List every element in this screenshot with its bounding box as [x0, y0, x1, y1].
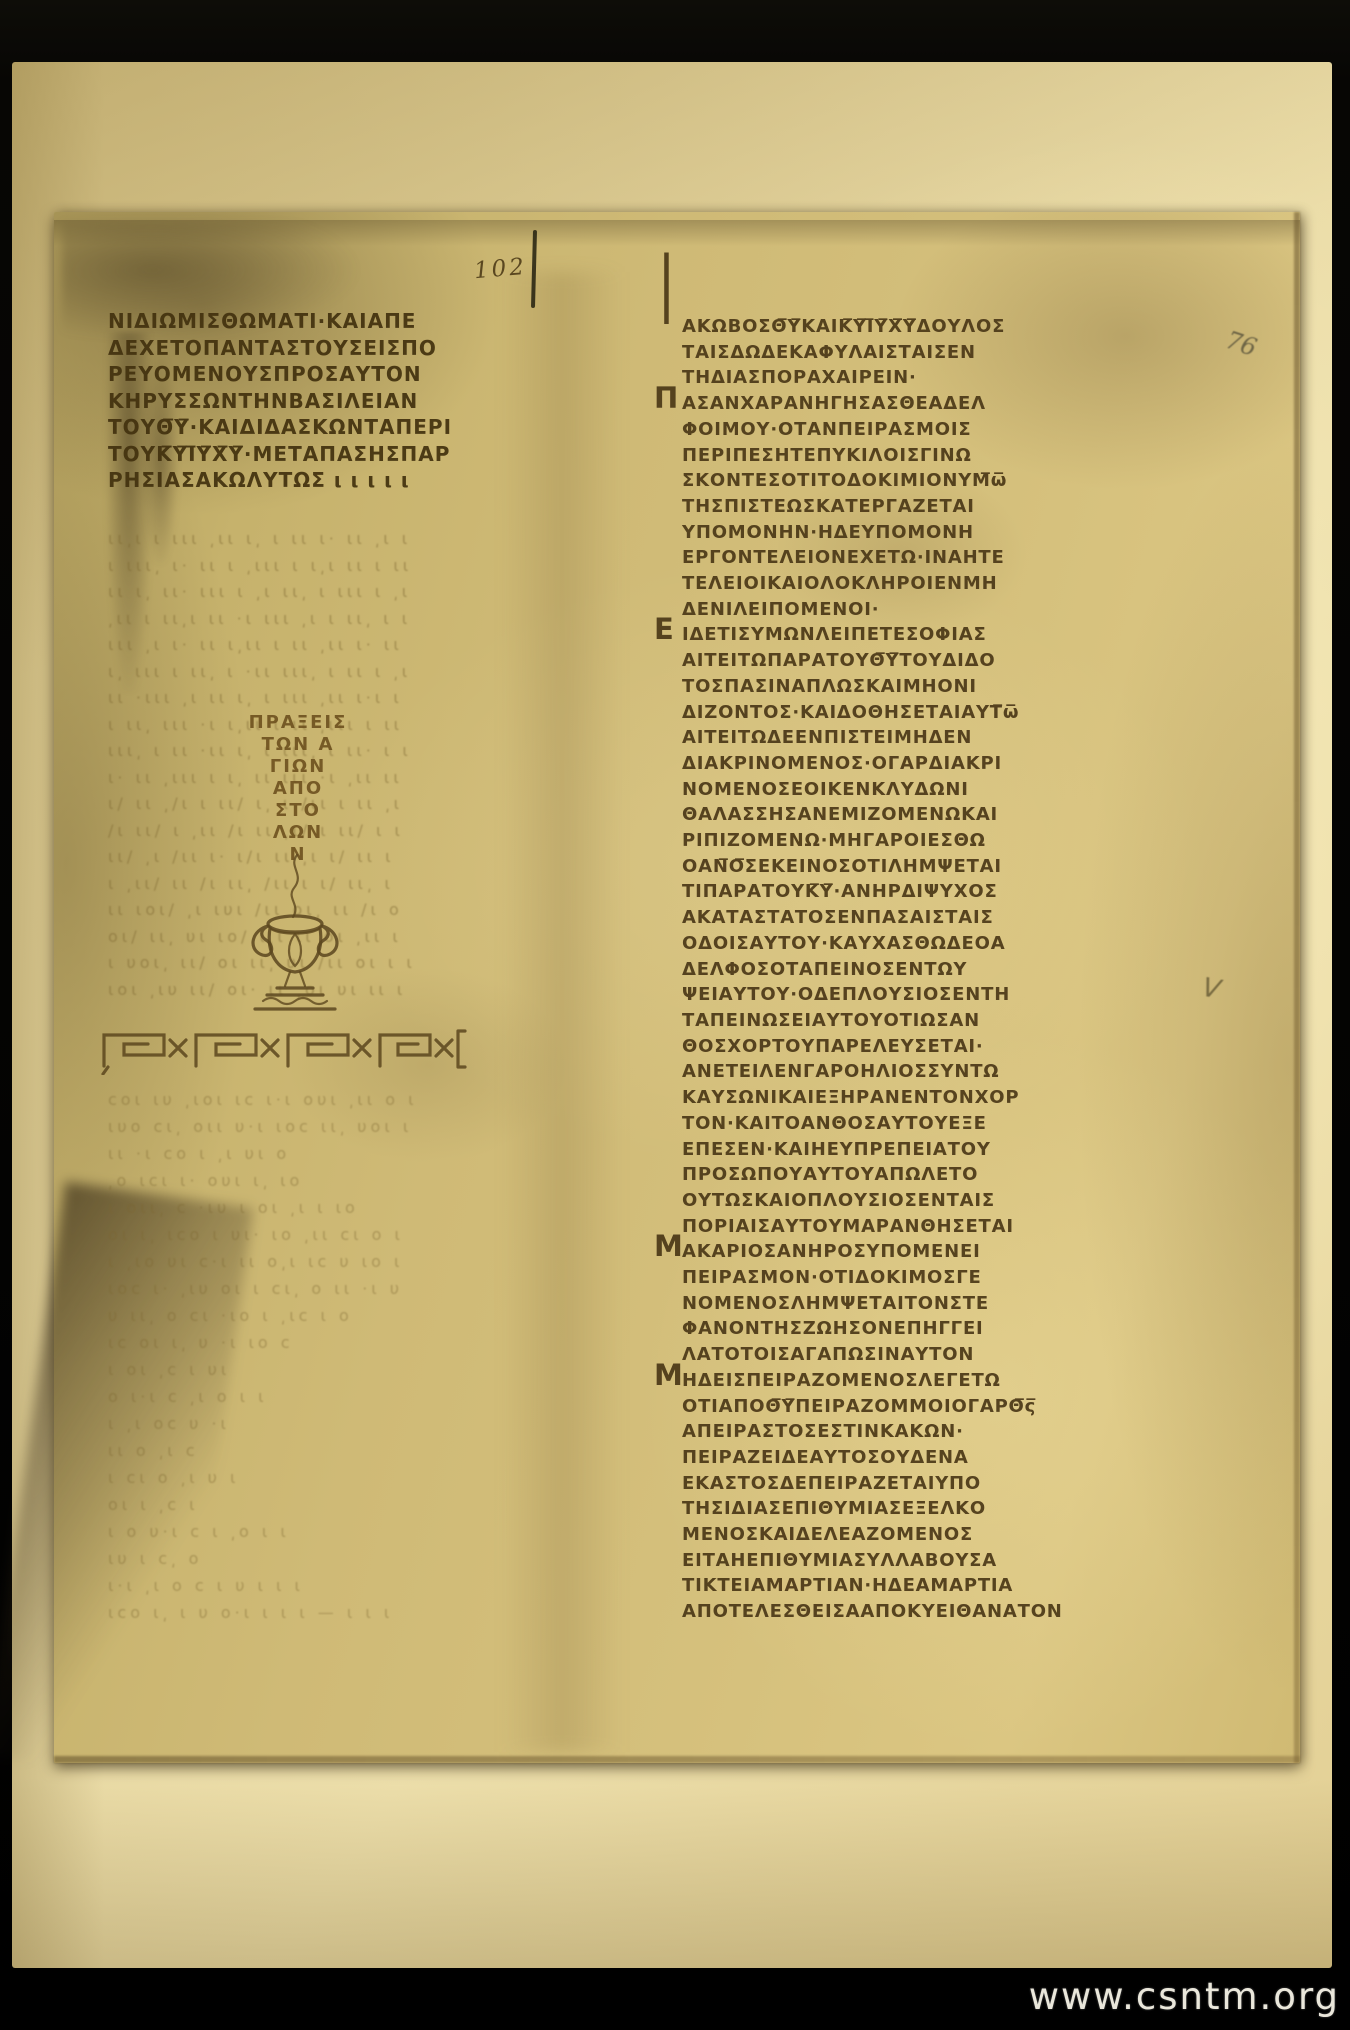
text-line: ΑΝΕΤΕΙΛΕΝΓΑΡΟΗΛΙΟΣΣΥΝΤΩ — [682, 1059, 1022, 1085]
watermark: www.csntm.org — [1029, 1975, 1340, 2018]
faded-line: ι ιιι͵ ι· ιι ι ͵ιιι ι ι͵ι ιι ι ιι — [108, 553, 416, 580]
text-line: ΦΟΙΜΟΥ·ΟΤΑΝΠΕΙΡΑΣΜΟΙΣ — [682, 417, 1022, 443]
text-line: ΕΙΔΕΤΙΣΥΜΩΝΛΕΙΠΕΤΕΣΟΦΙΑΣ — [682, 622, 1022, 648]
gutter-shadow — [502, 272, 622, 1752]
enlarged-initial: Π — [654, 386, 679, 412]
text-line: ΤΟΥΚ̅Υ̅Ι̅Υ̅Χ̅Υ̅·ΜΕΤΑΠΑΣΗΣΠΑΡ — [108, 441, 488, 468]
text-line: ΤΑΠΕΙΝΩΣΕΙΑΥΤΟΥΟΤΙΩΣΑΝ — [682, 1008, 1022, 1034]
text-line: ΙΑΚΩΒΟΣΘ̅Υ̅ΚΑΙΚ̅Υ̅Ι̅Υ̅Χ̅Υ̅ΔΟΥΛΟΣ — [682, 314, 1022, 340]
text-line: ΟΔΟΙΣΑΥΤΟΥ·ΚΑΥΧΑΣΘΩΔΕΟΑ — [682, 931, 1022, 957]
left-text-column: ΝΙΔΙΩΜΙΣΘΩΜΑΤΙ·ΚΑΙΑΠΕΔΕΧΕΤΟΠΑΝΤΑΣΤΟΥΣΕΙΣ… — [108, 308, 488, 494]
text-line: ΝΟΜΕΝΟΣΕΟΙΚΕΝΚΛΥΔΩΝΙ — [682, 777, 1022, 803]
text-line: ΟΥΤΩΣΚΑΙΟΠΛΟΥΣΙΟΣΕΝΤΑΙΣ — [682, 1188, 1022, 1214]
text-line: ΤΙΚΤΕΙΑΜΑΡΤΙΑΝ·ΗΔΕΑΜΑΡΤΙΑ — [682, 1573, 1022, 1599]
faded-line: ιι ·ιιι ͵ι ιι ι͵ ι ιιι ͵ιι ι·ι ι — [108, 685, 416, 712]
faded-line: ͵ο ιϲι ι· ουι ι͵ ιο — [108, 1167, 418, 1194]
text-line: ΡΗΣΙΑΣΑΚΩΛΥΤΩΣ ι ι ι ι ι — [108, 467, 488, 494]
faded-line: ιι ο ͵ι ϲ — [108, 1437, 418, 1464]
text-line: ΥΠΟΜΟΝΗΝ·ΗΔΕΥΠΟΜΟΝΗ — [682, 520, 1022, 546]
text-line: ΝΙΔΙΩΜΙΣΘΩΜΑΤΙ·ΚΑΙΑΠΕ — [108, 308, 488, 335]
text-line: ΔΙΑΚΡΙΝΟΜΕΝΟΣ·ΟΓΑΡΔΙΑΚΡΙ — [682, 751, 1022, 777]
text-line: ΤΙΠΑΡΑΤΟΥΚ̅Υ̅·ΑΝΗΡΔΙΨΥΧΟΣ — [682, 879, 1022, 905]
text-line: ΠΕΙΡΑΣΜΟΝ·ΟΤΙΔΟΚΙΜΟΣΓΕ — [682, 1265, 1022, 1291]
subscription-line: ΑΠΟ — [108, 778, 488, 800]
text-line: ΕΙΤΑΗΕΠΙΘΥΜΙΑΣΥΛΛΑΒΟΥΣΑ — [682, 1548, 1022, 1574]
faded-line: ιϲο ι͵ ι υ ο·ι ι ι ι — ι ι ι — [108, 1599, 418, 1626]
subscription-line: ΓΙΩΝ — [108, 756, 488, 778]
text-line: ΜΕΝΟΣΚΑΙΔΕΛΕΑΖΟΜΕΝΟΣ — [682, 1522, 1022, 1548]
text-line: ΠΟΡΙΑΙΣΑΥΤΟΥΜΑΡΑΝΘΗΣΕΤΑΙ — [682, 1214, 1022, 1240]
subscription-line: ΛΩΝ — [108, 822, 488, 844]
faded-line: ιυο ϲι͵ οιι υ·ι ιοϲ ιι͵ υοι ι — [108, 1113, 418, 1140]
enlarged-initial: Ι — [662, 242, 672, 347]
text-line: ΑΙΤΕΙΤΩΔΕΕΝΠΙΣΤΕΙΜΗΔΕΝ — [682, 725, 1022, 751]
text-line: ΑΚΑΤΑΣΤΑΤΟΣΕΝΠΑΣΑΙΣΤΑΙΣ — [682, 905, 1022, 931]
text-line: ΕΠΕΣΕΝ·ΚΑΙΗΕΥΠΡΕΠΕΙΑΤΟΥ — [682, 1137, 1022, 1163]
text-line: ΠΑΣΑΝΧΑΡΑΝΗΓΗΣΑΣΘΕΑΔΕΛ — [682, 391, 1022, 417]
text-line: ΔΕΝΙΛΕΙΠΟΜΕΝΟΙ· — [682, 597, 1022, 623]
text-line: ΡΕΥΟΜΕΝΟΥΣΠΡΟΣΑΥΤΟΝ — [108, 361, 488, 388]
subscription-line: ΣΤΟ — [108, 800, 488, 822]
acts-subscription: ΠΡΑΞΕΙΣΤΩΝ ΑΓΙΩΝΑΠΟΣΤΟΛΩΝΝ — [108, 712, 488, 866]
subscription-line: ΤΩΝ Α — [108, 734, 488, 756]
leaf-bottom-edge — [54, 1756, 1300, 1763]
text-line: ΚΗΡΥΣΣΩΝΤΗΝΒΑΣΙΛΕΙΑΝ — [108, 388, 488, 415]
text-line: ΤΕΛΕΙΟΙΚΑΙΟΛΟΚΛΗΡΟΙΕΝΜΗ — [682, 571, 1022, 597]
text-line: ΠΕΡΙΠΕΣΗΤΕΠΥΚΙΛΟΙΣΓΙΝΩ — [682, 443, 1022, 469]
text-line: ΤΗΔΙΑΣΠΟΡΑΧΑΙΡΕΙΝ· — [682, 365, 1022, 391]
subscription-line: ΠΡΑΞΕΙΣ — [108, 712, 488, 734]
faded-line: ιυ ι ϲ͵ ο — [108, 1545, 418, 1572]
text-line: ΕΚΑΣΤΟΣΔΕΠΕΙΡΑΖΕΤΑΙΥΠΟ — [682, 1471, 1022, 1497]
text-line: ΑΠΟΤΕΛΕΣΘΕΙΣΑΑΠΟΚΥΕΙΘΑΝΑΤΟΝ — [682, 1599, 1022, 1625]
pen-trial-mark: V — [1196, 973, 1225, 1005]
faded-line: υ ιι͵ ο ϲι ·ιο ι ͵ιϲ ι ο — [108, 1302, 418, 1329]
faded-line: ι ϲι ο ͵ι υ ι — [108, 1464, 418, 1491]
vase-tailpiece-icon — [230, 853, 362, 1023]
text-line: ΡΙΠΙΖΟΜΕΝΩ·ΜΗΓΑΡΟΙΕΣΘΩ — [682, 828, 1022, 854]
text-line: ΘΟΣΧΟΡΤΟΥΠΑΡΕΛΕΥΣΕΤΑΙ· — [682, 1034, 1022, 1060]
manuscript-photo: 102 76 V ΝΙΔΙΩΜΙΣΘΩΜΑΤΙ·ΚΑΙΑΠΕΔΕΧΕΤΟΠΑΝΤ… — [0, 0, 1350, 2030]
text-line: ΚΑΥΣΩΝΙΚΑΙΕΞΗΡΑΝΕΝΤΟΝΧΟΡ — [682, 1085, 1022, 1111]
faded-line: ιϲ οι ι͵ υ ·ι ιο ϲ — [108, 1329, 418, 1356]
faded-line: ιιι ͵ι ι· ιι ι͵ιι ι ιι ͵ιι ι· ιι — [108, 632, 416, 659]
faded-line: ϲοι ιυ ͵ιοι ιϲ ι·ι ουι ͵ιι ο ι — [108, 1086, 418, 1113]
text-line: ΝΟΜΕΝΟΣΛΗΜΨΕΤΑΙΤΟΝΣΤΕ — [682, 1291, 1022, 1317]
parchment-leaf: 102 76 V ΝΙΔΙΩΜΙΣΘΩΜΑΤΙ·ΚΑΙΑΠΕΔΕΧΕΤΟΠΑΝΤ… — [54, 212, 1300, 1763]
text-line: ΑΙΤΕΙΤΩΠΑΡΑΤΟΥΘ̅Υ̅ΤΟΥΔΙΔΟ — [682, 648, 1022, 674]
meander-band-icon — [100, 1021, 468, 1075]
leaf-right-edge — [1294, 212, 1300, 1763]
text-line: ΜΑΚΑΡΙΟΣΑΝΗΡΟΣΥΠΟΜΕΝΕΙ — [682, 1239, 1022, 1265]
faded-line: ο ι·ι ϲ ͵ι ο ι ι — [108, 1383, 418, 1410]
text-line: ΕΡΓΟΝΤΕΛΕΙΟΝΕΧΕΤΩ·ΙΝΑΗΤΕ — [682, 545, 1022, 571]
enlarged-initial: Μ — [654, 1234, 684, 1260]
text-line: ΑΠΕΙΡΑΣΤΟΣΕΣΤΙΝΚΑΚΩΝ· — [682, 1419, 1022, 1445]
faded-line: ιι͵ι ι ιιι ͵ιι ι͵ ι ιι ι· ιι ͵ι ι — [108, 526, 416, 553]
backing-mat: 102 76 V ΝΙΔΙΩΜΙΣΘΩΜΑΤΙ·ΚΑΙΑΠΕΔΕΧΕΤΟΠΑΝΤ… — [12, 62, 1332, 1968]
faded-line: ιοϲ ι· ͵ιυ οι ι ϲι͵ ο ιι ·ι υ — [108, 1275, 418, 1302]
text-line: ΘΑΛΑΣΣΗΣΑΝΕΜΙΖΟΜΕΝΩΚΑΙ — [682, 802, 1022, 828]
enlarged-initial: Ε — [654, 617, 675, 643]
text-line: ΛΑΤΟΤΟΙΣΑΓΑΠΩΣΙΝΑΥΤΟΝ — [682, 1342, 1022, 1368]
enlarged-initial: Μ — [654, 1363, 684, 1389]
text-line: ΦΑΝΟΝΤΗΣΖΩΗΣΟΝΕΠΗΓΓΕΙ — [682, 1316, 1022, 1342]
text-line: ΤΗΣΙΔΙΑΣΕΠΙΘΥΜΙΑΣΕΞΕΛΚΟ — [682, 1496, 1022, 1522]
faded-line: ιι ·ι ϲο ι ͵ι υι ο — [108, 1140, 418, 1167]
text-line: ΤΟΝ·ΚΑΙΤΟΑΝΘΟΣΑΥΤΟΥΕΞΕ — [682, 1111, 1022, 1137]
faded-erased-lines-lower: ϲοι ιυ ͵ιοι ιϲ ι·ι ουι ͵ιι ο ιιυο ϲι͵ οι… — [108, 1086, 418, 1626]
text-line: ΤΟΥΘ̅Υ̅·ΚΑΙΔΙΔΑΣΚΩΝΤΑΠΕΡΙ — [108, 414, 488, 441]
acts-ending-lines: ΝΙΔΙΩΜΙΣΘΩΜΑΤΙ·ΚΑΙΑΠΕΔΕΧΕΤΟΠΑΝΤΑΣΤΟΥΣΕΙΣ… — [108, 308, 488, 494]
text-line: ΨΕΙΑΥΤΟΥ·ΟΔΕΠΛΟΥΣΙΟΣΕΝΤΗ — [682, 982, 1022, 1008]
text-line: ΠΡΟΣΩΠΟΥΑΥΤΟΥΑΠΩΛΕΤΟ — [682, 1162, 1022, 1188]
text-line: ΠΕΙΡΑΖΕΙΔΕΑΥΤΟΣΟΥΔΕΝΑ — [682, 1445, 1022, 1471]
faded-line: ι ͵ιο υι ϲ·ι ιι ο͵ι ιϲ υ ιο ι — [108, 1248, 418, 1275]
text-line: ΔΕΧΕΤΟΠΑΝΤΑΣΤΟΥΣΕΙΣΠΟ — [108, 335, 488, 362]
faded-line: ι οι ͵ϲ ι υι — [108, 1356, 418, 1383]
ink-stroke — [531, 230, 537, 308]
text-line: ΤΟΣΠΑΣΙΝΑΠΛΩΣΚΑΙΜΗΟΝΙ — [682, 674, 1022, 700]
text-line: ΟΤΙΑΠΟΘ̅Υ̅ΠΕΙΡΑΖΟΜΜΟΙΟΓΑΡΘ̅ς̅ — [682, 1394, 1022, 1420]
faded-line: ι οιι͵ ϲ ·ιυ ι οι ͵ι ι ιο — [108, 1194, 418, 1221]
quire-mark: 76 — [1222, 326, 1260, 362]
right-text-column: ΙΑΚΩΒΟΣΘ̅Υ̅ΚΑΙΚ̅Υ̅Ι̅Υ̅Χ̅Υ̅ΔΟΥΛΟΣΤΑΙΣΔΩΔΕ… — [682, 314, 1022, 1625]
text-line: ΔΕΛΦΟΣΟΤΑΠΕΙΝΟΣΕΝΤΩΥ — [682, 957, 1022, 983]
faded-line: οι ι ͵ϲ ι — [108, 1491, 418, 1518]
folio-number: 102 — [473, 254, 528, 285]
faded-line: ι ͵ι οϲ υ ·ι — [108, 1410, 418, 1437]
text-line: ΔΙΖΟΝΤΟΣ·ΚΑΙΔΟΘΗΣΕΤΑΙΑΥΤ̅ω̅ — [682, 700, 1022, 726]
text-line: ΟΑΝ̅Ο̅ΣΕΚΕΙΝΟΣΟΤΙΛΗΜΨΕΤΑΙ — [682, 854, 1022, 880]
faded-line: ι ο υ·ι ϲ ι ͵ο ι ι — [108, 1518, 418, 1545]
faded-line: ι·ι ͵ι ο ϲ ι υ ι ι ι — [108, 1572, 418, 1599]
leaf-top-edge-shadow — [54, 220, 1300, 246]
faded-line: οι ι͵ ιϲο ι υι· ιο ͵ιι ϲι ο ι — [108, 1221, 418, 1248]
faded-line: ιι ι͵ ιι· ιιι ι ͵ι ιι͵ ι ιιι ι ͵ι — [108, 579, 416, 606]
faded-line: ͵ιι ι ιι͵ι ιι ·ι ιιι ͵ι ι ιι͵ ι ι — [108, 606, 416, 633]
text-line: ΜΗΔΕΙΣΠΕΙΡΑΖΟΜΕΝΟΣΛΕΓΕΤΩ — [682, 1368, 1022, 1394]
faded-line: ι͵ ιιι ι ιι͵ ι ·ιι ιιι͵ ι ιι ι ͵ι — [108, 659, 416, 686]
text-line: ΣΚΟΝΤΕΣΟΤΙΤΟΔΟΚΙΜΙΟΝΥΜ̅ω̅ — [682, 468, 1022, 494]
text-line: ΤΑΙΣΔΩΔΕΚΑΦΥΛΑΙΣΤΑΙΣΕΝ — [682, 340, 1022, 366]
text-line: ΤΗΣΠΙΣΤΕΩΣΚΑΤΕΡΓΑΖΕΤΑΙ — [682, 494, 1022, 520]
